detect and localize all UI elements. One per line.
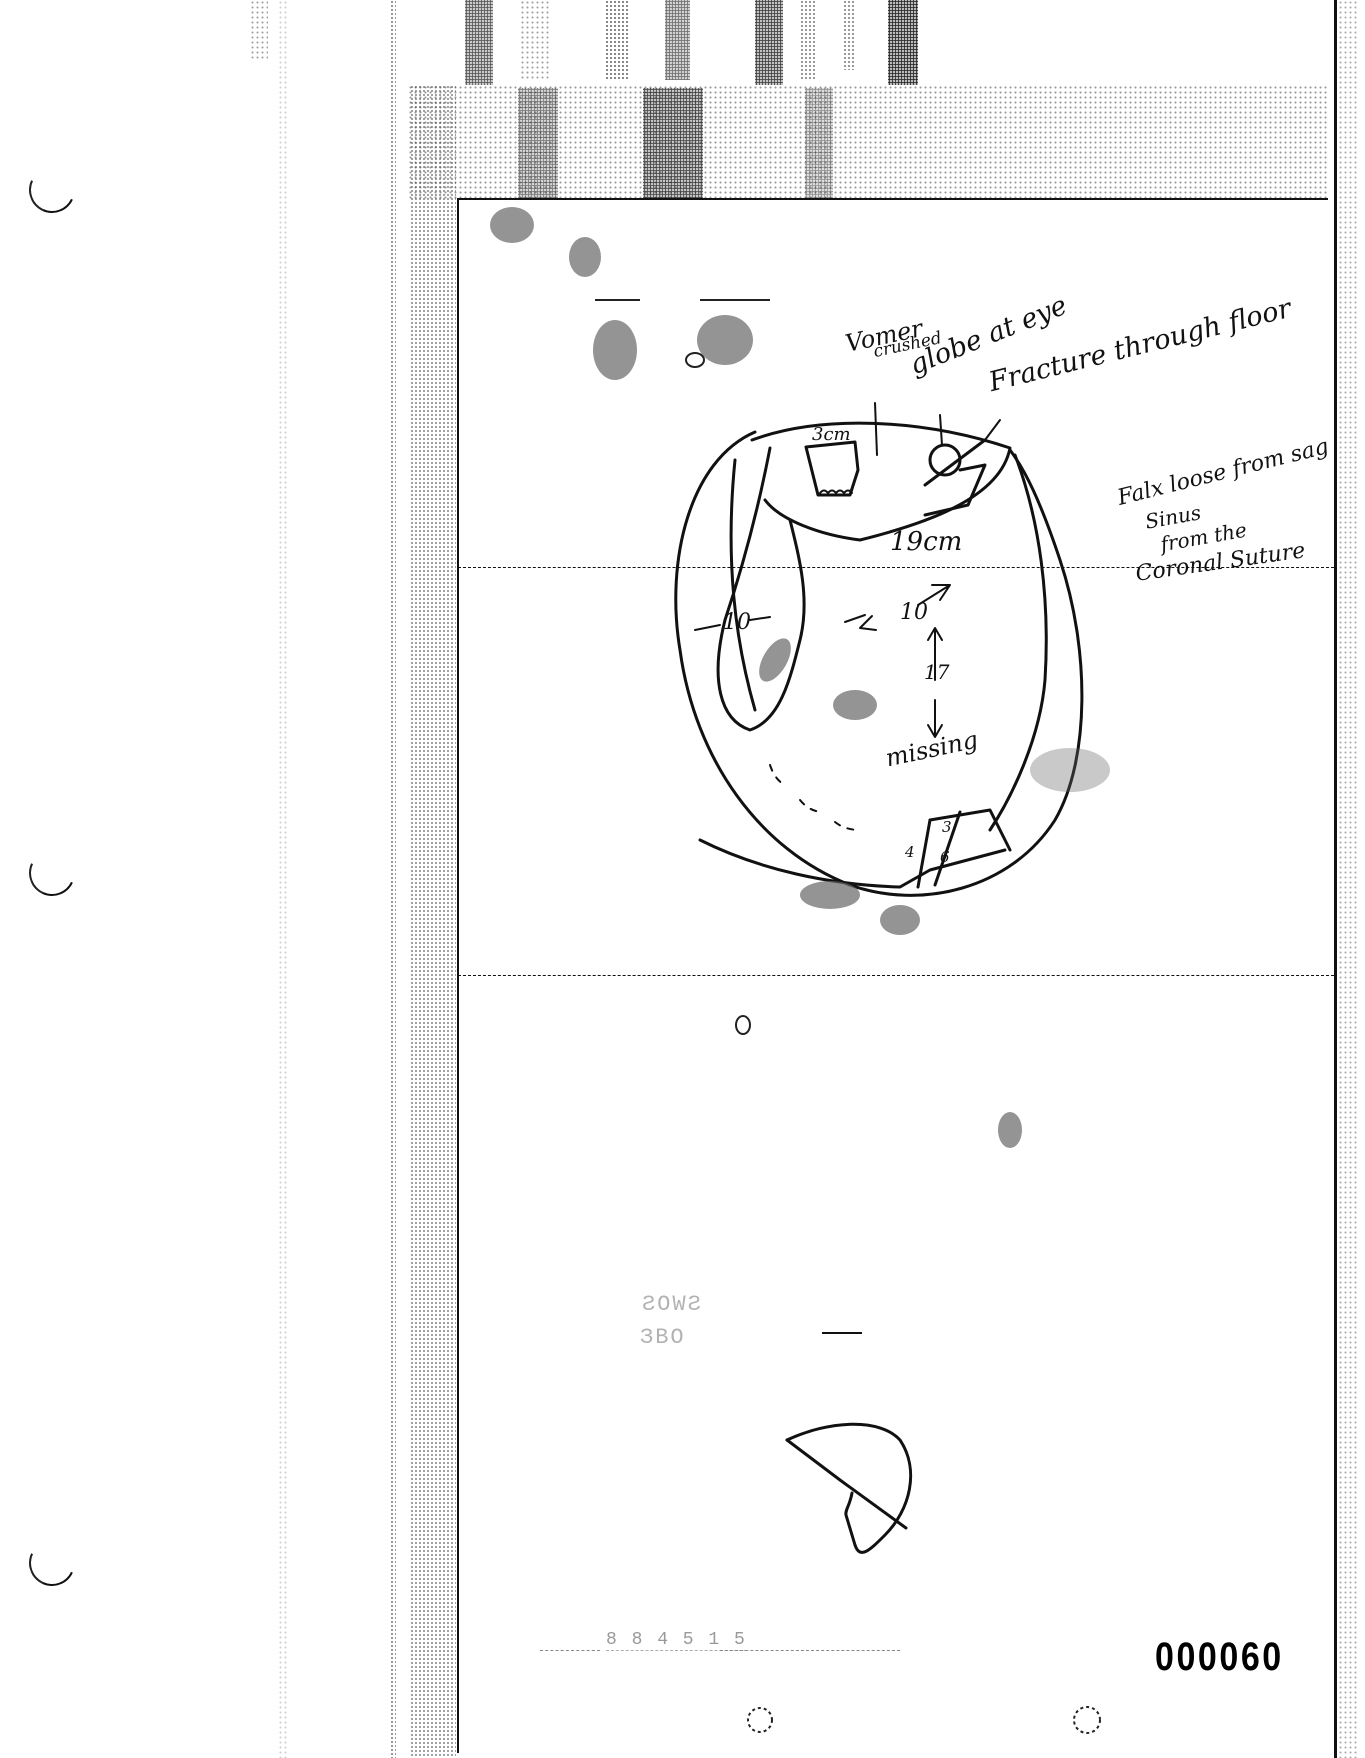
annotation-fragment-3: 3 [942, 818, 952, 836]
annotation-10-left: 10 [723, 610, 751, 635]
skull-sketch [0, 0, 1365, 1758]
annotation-3cm: 3cm [812, 424, 851, 445]
faint-print-1: SWOS [640, 1292, 701, 1317]
scan-artifact [540, 1650, 600, 1651]
scan-artifact [720, 1650, 900, 1651]
annotation-10-right: 10 [900, 600, 928, 625]
annotation-19cm: 19cm [890, 527, 962, 557]
annotation-fragment-4: 4 [905, 843, 915, 861]
annotation-fragment-6: 6 [940, 848, 950, 866]
page-number: 000060 [1155, 1635, 1284, 1680]
annotation-17: 17 [924, 660, 949, 684]
bottom-stamp: 8 8 4 5 1 5 [606, 1630, 747, 1651]
scan-artifact [822, 1332, 862, 1334]
faint-print-2: ЗВО [640, 1325, 686, 1350]
